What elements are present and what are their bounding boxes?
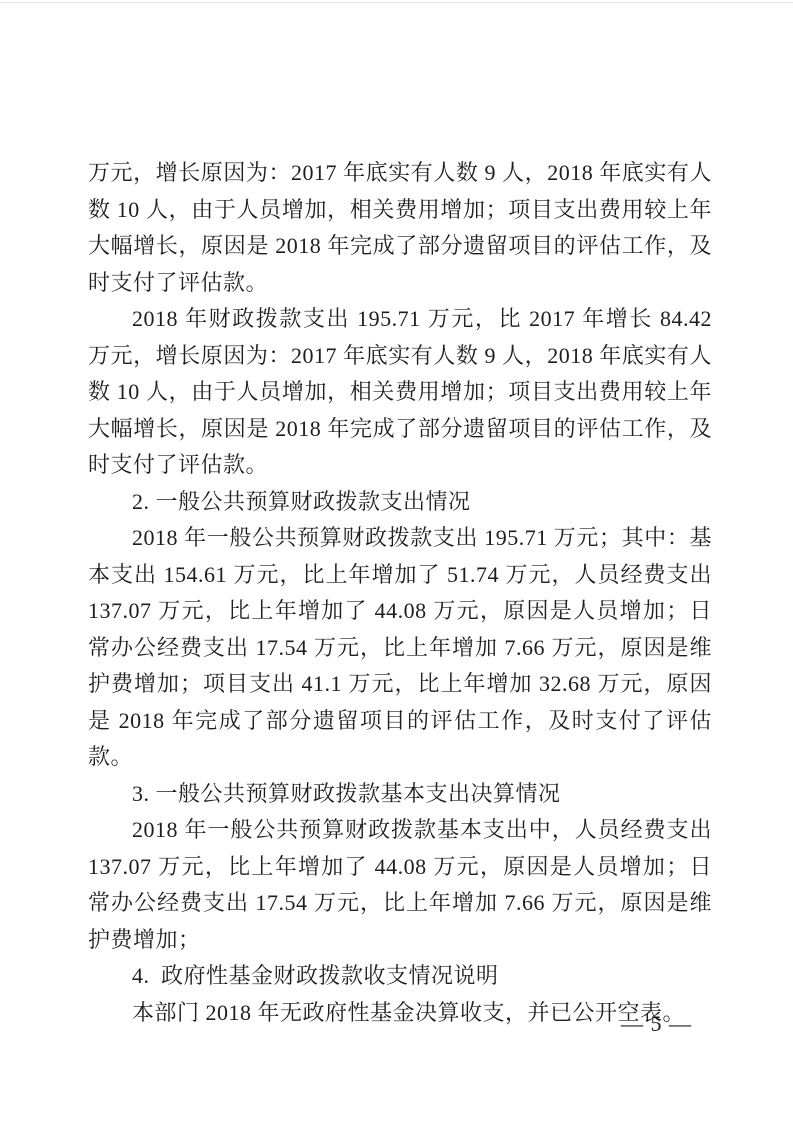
paragraph-government-fund-statement: 本部门 2018 年无政府性基金决算收支，并已公开空表。 <box>88 995 712 1032</box>
paragraph-basic-expenditure-final-accounts: 2018 年一般公共预算财政拨款基本支出中，人员经费支出 137.07 万元，比… <box>88 812 712 958</box>
scan-edge-artifact <box>0 2 793 3</box>
document-page: { "document": { "language": "zh-CN", "te… <box>0 0 793 1122</box>
paragraph-fiscal-expenditure: 2018 年财政拨款支出 195.71 万元，比 2017 年增长 84.42 … <box>88 301 712 484</box>
page-number: — 5 — <box>621 1006 692 1043</box>
paragraph-general-public-budget-expenditure: 2018 年一般公共预算财政拨款支出 195.71 万元；其中：基本支出 154… <box>88 520 712 776</box>
section-heading-3: 3. 一般公共预算财政拨款基本支出决算情况 <box>88 776 712 813</box>
document-text-block: 万元，增长原因为：2017 年底实有人数 9 人，2018 年底实有人数 10 … <box>88 155 712 1031</box>
paragraph-continuation: 万元，增长原因为：2017 年底实有人数 9 人，2018 年底实有人数 10 … <box>88 155 712 301</box>
section-heading-2: 2. 一般公共预算财政拨款支出情况 <box>88 484 712 521</box>
section-heading-4: 4. 政府性基金财政拨款收支情况说明 <box>88 958 712 995</box>
